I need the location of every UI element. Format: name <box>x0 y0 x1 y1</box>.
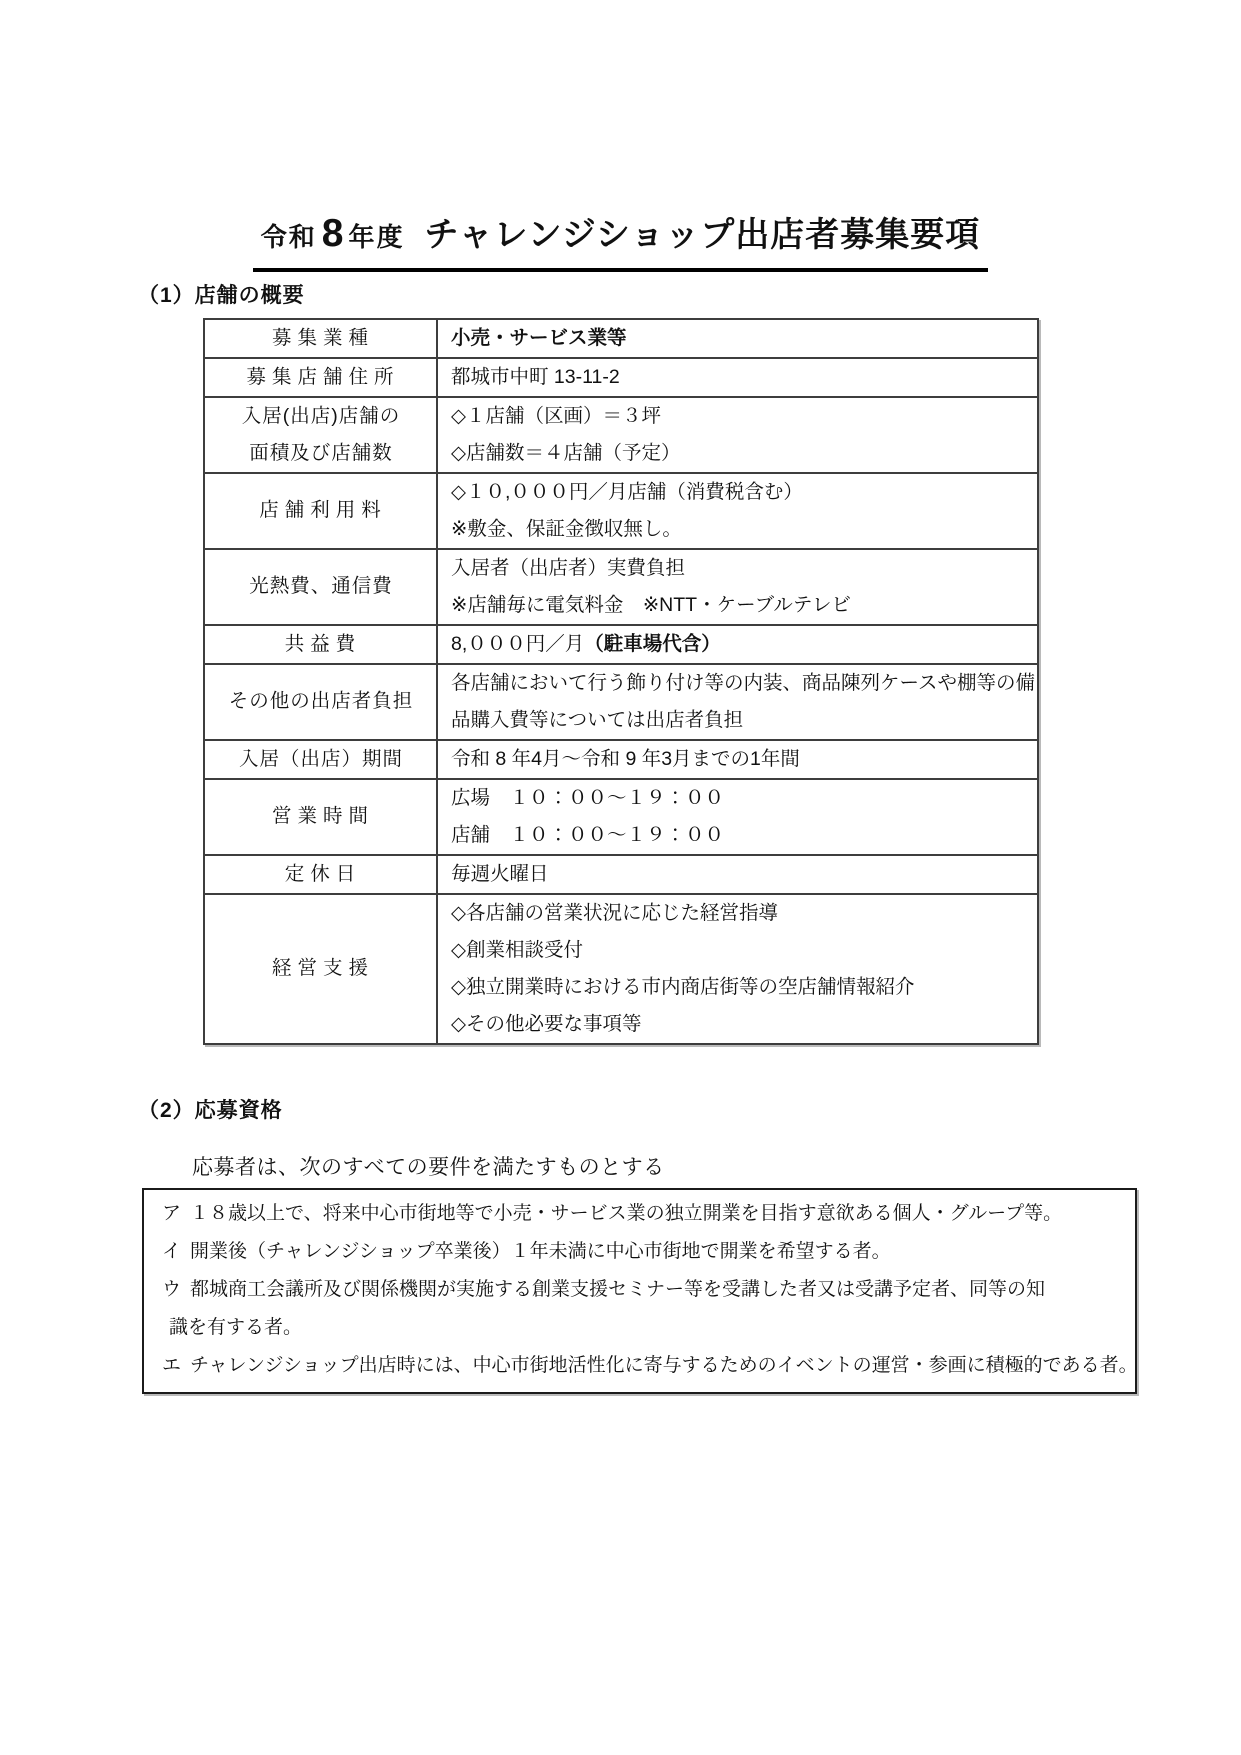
requirement-text-continuation: 識を有する者。 <box>162 1309 1119 1347</box>
requirement-text: １８歳以上で、将来中心市街地等で小売・サービス業の独立開業を目指す意欲ある個人・… <box>190 1203 1062 1224</box>
row-label: その他の出店者負担 <box>204 664 437 740</box>
requirement-text: 開業後（チャレンジショップ卒業後）１年未満に中心市街地で開業を希望する者。 <box>190 1241 891 1262</box>
table-row-address: 募集店舗住所 都城市中町 13-11-2 <box>204 358 1038 397</box>
table-row-business-hours: 営業時間 広場 １０：００～１９：００ 店舗 １０：００～１９：００ <box>204 779 1038 855</box>
cell-line: 入居者（出店者）実費負担 <box>438 550 1037 587</box>
table-row-common-fee: 共益費 8,０００円／月（駐車場代含） <box>204 625 1038 664</box>
row-label: 店舗利用料 <box>204 473 437 549</box>
table-row-management-support: 経営支援 ◇各店舗の営業状況に応じた経営指導 ◇創業相談受付 ◇独立開業時におけ… <box>204 894 1038 1044</box>
eligibility-box: ア１８歳以上で、将来中心市街地等で小売・サービス業の独立開業を目指す意欲ある個人… <box>142 1188 1137 1394</box>
eligibility-lead: 応募者は、次のすべての要件を満たすものとする <box>192 1155 1241 1180</box>
requirement-item-i: イ開業後（チャレンジショップ卒業後）１年未満に中心市街地で開業を希望する者。 <box>162 1233 1119 1271</box>
row-value: ◇１０,０００円／月店舗（消費税含む） ※敷金、保証金徴収無し。 <box>437 473 1038 549</box>
row-value: ◇１店舗（区画）＝３坪 ◇店舗数＝４店舗（予定） <box>437 397 1038 473</box>
row-label: 定休日 <box>204 855 437 894</box>
document-title: 令和8年度チャレンジショップ出店者募集要項 <box>253 210 988 272</box>
cell-line: ◇創業相談受付 <box>438 932 1037 969</box>
requirement-item-e: エチャレンジショップ出店時には、中心市街地活性化に寄与するためのイベントの運営・… <box>162 1347 1119 1385</box>
cell-line: 広場 １０：００～１９：００ <box>438 780 1037 817</box>
cell-line: ※敷金、保証金徴収無し。 <box>438 511 1037 548</box>
requirement-item-u: ウ都城商工会議所及び関係機関が実施する創業支援セミナー等を受講した者又は受講予定… <box>162 1271 1119 1347</box>
table-row-occupancy-period: 入居（出店）期間 令和 8 年4月～令和 9 年3月までの1年間 <box>204 740 1038 779</box>
table-row-other-costs: その他の出店者負担 各店舗において行う飾り付け等の内装、商品陳列ケースや棚等の備… <box>204 664 1038 740</box>
row-value: 小売・サービス業等 <box>437 319 1038 358</box>
row-value: 各店舗において行う飾り付け等の内装、商品陳列ケースや棚等の備 品購入費等について… <box>437 664 1038 740</box>
row-label: 入居(出店)店舗の 面積及び店舗数 <box>204 397 437 473</box>
cell-line: 店舗 １０：００～１９：００ <box>438 817 1037 854</box>
table-row-business-type: 募集業種 小売・サービス業等 <box>204 319 1038 358</box>
cell-line: ※店舗毎に電気料金 ※NTT・ケーブルテレビ <box>438 587 1037 624</box>
requirement-text: 都城商工会議所及び関係機関が実施する創業支援セミナー等を受講した者又は受講予定者… <box>190 1279 1045 1300</box>
cell-line: ◇店舗数＝４店舗（予定） <box>438 435 1037 472</box>
title-row: 令和8年度チャレンジショップ出店者募集要項 <box>0 0 1241 272</box>
row-value: 令和 8 年4月～令和 9 年3月までの1年間 <box>437 740 1038 779</box>
cell-line: 都城市中町 13-11-2 <box>438 359 1037 396</box>
row-value: ◇各店舗の営業状況に応じた経営指導 ◇創業相談受付 ◇独立開業時における市内商店… <box>437 894 1038 1044</box>
cell-line: 小売・サービス業等 <box>438 320 1037 357</box>
cell-line: 令和 8 年4月～令和 9 年3月までの1年間 <box>438 741 1037 778</box>
row-value: 広場 １０：００～１９：００ 店舗 １０：００～１９：００ <box>437 779 1038 855</box>
row-value: 毎週火曜日 <box>437 855 1038 894</box>
row-value: 8,０００円／月（駐車場代含） <box>437 625 1038 664</box>
title-main: チャレンジショップ出店者募集要項 <box>424 216 980 254</box>
row-value: 都城市中町 13-11-2 <box>437 358 1038 397</box>
requirement-marker: ウ <box>162 1279 181 1300</box>
requirement-marker: ア <box>162 1203 181 1224</box>
table-row-utilities: 光熱費、通信費 入居者（出店者）実費負担 ※店舗毎に電気料金 ※NTT・ケーブル… <box>204 549 1038 625</box>
cell-line: 各店舗において行う飾り付け等の内装、商品陳列ケースや棚等の備 <box>438 665 1037 702</box>
cell-line: ◇１０,０００円／月店舗（消費税含む） <box>438 474 1037 511</box>
table-row-usage-fee: 店舗利用料 ◇１０,０００円／月店舗（消費税含む） ※敷金、保証金徴収無し。 <box>204 473 1038 549</box>
eligibility-heading: （2）応募資格 <box>138 1098 1241 1123</box>
row-label: 募集業種 <box>204 319 437 358</box>
cell-line: ◇独立開業時における市内商店街等の空店舗情報紹介 <box>438 969 1037 1006</box>
title-era-prefix: 令和 <box>261 222 317 252</box>
row-label: 共益費 <box>204 625 437 664</box>
requirement-item-a: ア１８歳以上で、将来中心市街地等で小売・サービス業の独立開業を目指す意欲ある個人… <box>162 1195 1119 1233</box>
cell-line: ◇その他必要な事項等 <box>438 1006 1037 1043</box>
row-label: 営業時間 <box>204 779 437 855</box>
cell-line: 毎週火曜日 <box>438 856 1037 893</box>
cell-line: 品購入費等については出店者負担 <box>438 702 1037 739</box>
cell-line: ◇各店舗の営業状況に応じた経営指導 <box>438 895 1037 932</box>
requirement-marker: イ <box>162 1241 181 1262</box>
store-overview-table: 募集業種 小売・サービス業等 募集店舗住所 都城市中町 13-11-2 入居(出… <box>203 318 1039 1045</box>
row-label: 経営支援 <box>204 894 437 1044</box>
row-label: 入居（出店）期間 <box>204 740 437 779</box>
row-value: 入居者（出店者）実費負担 ※店舗毎に電気料金 ※NTT・ケーブルテレビ <box>437 549 1038 625</box>
cell-line: 8,０００円／月（駐車場代含） <box>438 626 1037 663</box>
table-row-closed-days: 定休日 毎週火曜日 <box>204 855 1038 894</box>
row-label: 光熱費、通信費 <box>204 549 437 625</box>
row-label: 募集店舗住所 <box>204 358 437 397</box>
table-row-floor-area: 入居(出店)店舗の 面積及び店舗数 ◇１店舗（区画）＝３坪 ◇店舗数＝４店舗（予… <box>204 397 1038 473</box>
title-year: 8 <box>322 212 344 255</box>
document-page: 令和8年度チャレンジショップ出店者募集要項 （1）店舗の概要 募集業種 小売・サ… <box>0 0 1241 1755</box>
overview-heading: （1）店舗の概要 <box>138 283 1241 308</box>
requirement-text: チャレンジショップ出店時には、中心市街地活性化に寄与するためのイベントの運営・参… <box>190 1355 1138 1376</box>
title-era-suffix: 年度 <box>348 222 404 252</box>
requirement-marker: エ <box>162 1355 181 1376</box>
cell-line: ◇１店舗（区画）＝３坪 <box>438 398 1037 435</box>
